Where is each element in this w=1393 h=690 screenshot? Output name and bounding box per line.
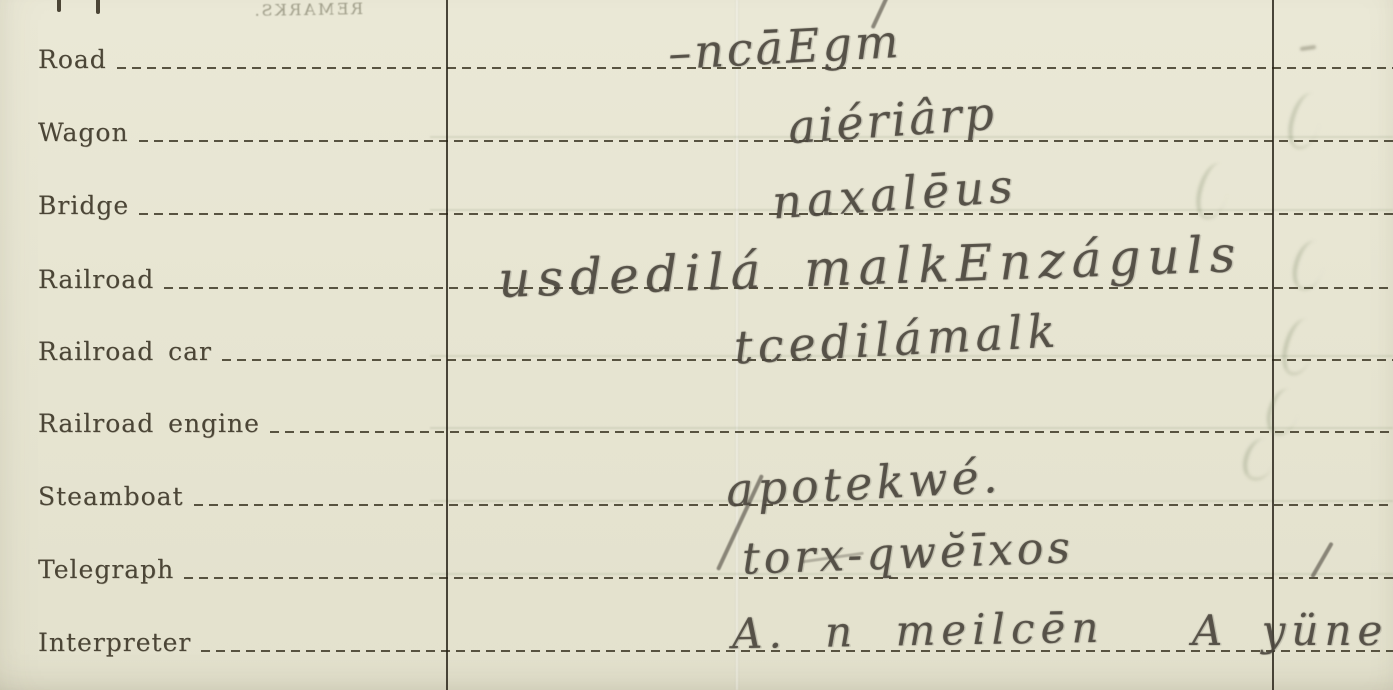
dashed-rule <box>270 431 1393 433</box>
row-label: Road <box>38 47 107 73</box>
handwritten-entry-interpreter-overflow: A yüne <box>1192 606 1388 655</box>
form-row-steamboat: Steamboat <box>0 483 1393 510</box>
form-row-railroad-engine: Railroad engine <box>0 410 1393 437</box>
handwritten-entry-railroad: usdedilá malkEnzáguls <box>497 225 1243 309</box>
row-label: Interpreter <box>38 630 191 656</box>
row-label: Railroad <box>38 267 154 293</box>
row-label: Steamboat <box>38 484 184 510</box>
form-row-railroad-car: Railroad car <box>0 338 1393 365</box>
column-divider-right <box>1272 0 1274 690</box>
cutoff-print-descender <box>57 0 61 12</box>
row-label: Railroad engine <box>38 411 260 437</box>
row-label: Railroad car <box>38 339 212 365</box>
form-row-wagon: Wagon <box>0 119 1393 146</box>
scanned-form-page: REMARKS. Road Wagon Bridge Railroad Rail… <box>0 0 1393 690</box>
bleedthrough-remarks-header: REMARKS. <box>252 0 363 20</box>
form-row-bridge: Bridge <box>0 192 1393 219</box>
row-label: Wagon <box>38 120 129 146</box>
form-row-interpreter: Interpreter <box>0 629 1393 656</box>
column-divider-left <box>446 0 448 690</box>
cutoff-print-descender <box>96 0 100 14</box>
ink-bleedthrough-mark <box>1278 316 1319 379</box>
form-row-telegraph: Telegraph <box>0 556 1393 583</box>
row-label: Bridge <box>38 193 129 219</box>
row-label: Telegraph <box>38 557 174 583</box>
handwritten-entry-interpreter: A. n meilcēn <box>732 603 1105 658</box>
dashed-rule <box>139 140 1393 142</box>
